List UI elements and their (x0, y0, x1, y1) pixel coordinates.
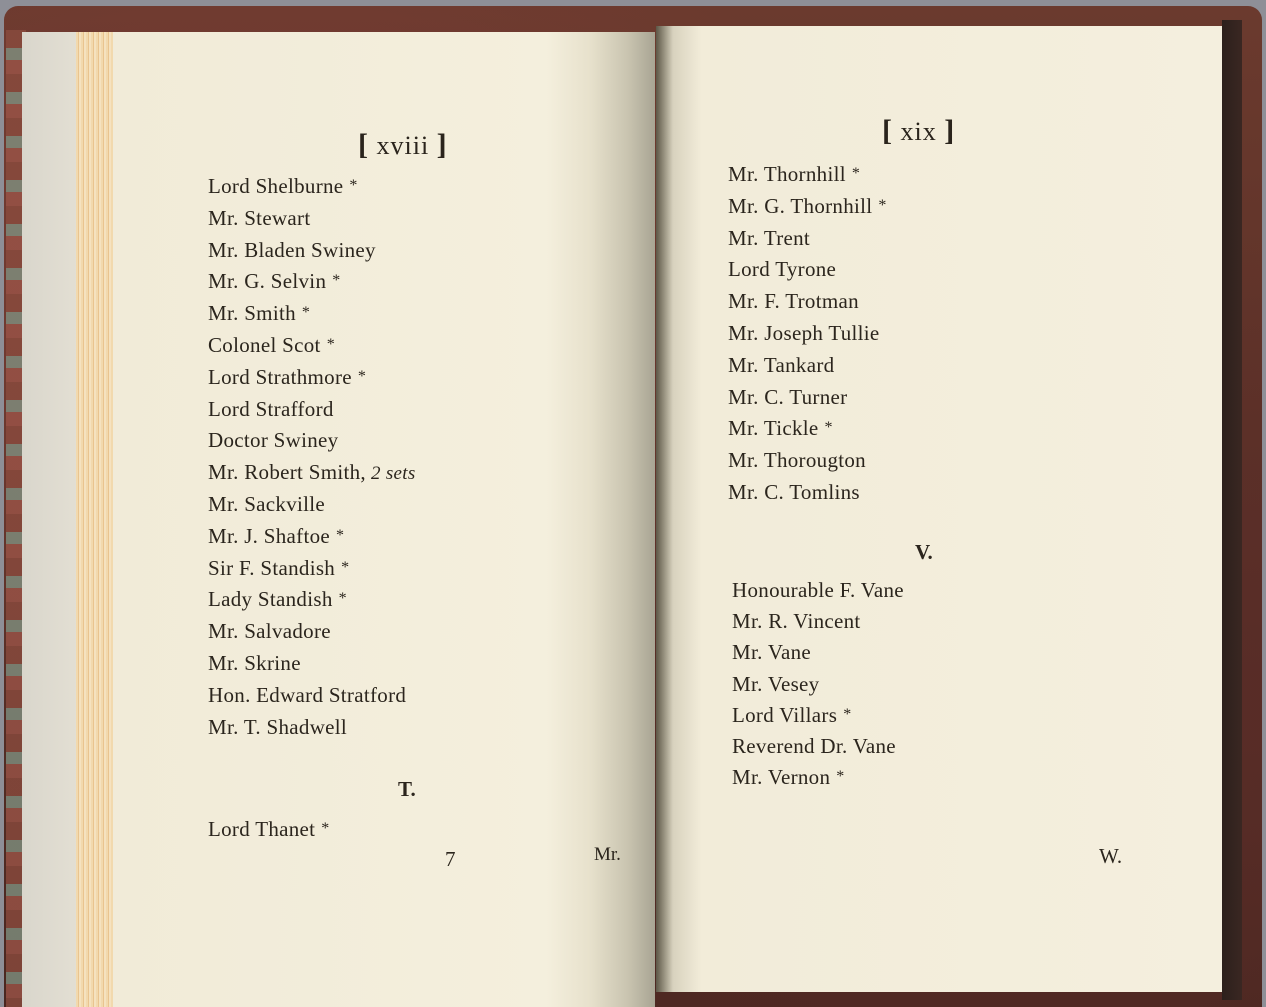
list-item: Doctor Swiney (208, 428, 338, 453)
subscriber-name: Lord Shelburne (208, 174, 343, 198)
list-item: Mr. T. Shadwell (208, 715, 347, 740)
subscriber-name: Colonel Scot (208, 333, 321, 357)
catchword: W. (1099, 844, 1122, 869)
list-item: Mr. C. Turner (728, 385, 847, 410)
subscriber-name: Lord Thanet (208, 817, 315, 841)
section-letter: T. (398, 777, 416, 802)
bracket-open: [ (358, 128, 369, 161)
subscriber-name: Mr. Sackville (208, 492, 325, 516)
subscriber-name: Mr. Bladen Swiney (208, 238, 376, 262)
section-letter: V. (915, 540, 933, 565)
subscriber-name: Hon. Edward Stratford (208, 683, 406, 707)
subscriber-name: Mr. Thornhill (728, 162, 846, 186)
subscriber-name: Honourable F. Vane (732, 578, 904, 602)
list-item: Honourable F. Vane (732, 578, 904, 603)
subscriber-name: Mr. Tankard (728, 353, 834, 377)
asterisk-icon: * (327, 336, 335, 353)
list-item: Mr. Tickle* (728, 416, 833, 441)
list-item: Lord Thanet* (208, 817, 330, 842)
asterisk-icon: * (878, 197, 886, 214)
asterisk-icon: * (341, 559, 349, 576)
list-item: Mr. Salvadore (208, 619, 331, 644)
list-item: Mr. Skrine (208, 651, 301, 676)
list-item: Mr. Vernon* (732, 765, 845, 790)
list-item: Lord Strafford (208, 397, 334, 422)
subscriber-name: Mr. G. Selvin (208, 269, 326, 293)
subscriber-name: Mr. Smith (208, 301, 296, 325)
subscriber-name: Mr. T. Shadwell (208, 715, 347, 739)
list-item: Mr. R. Vincent (732, 609, 861, 634)
list-item: Mr. G. Thornhill* (728, 194, 887, 219)
cover-right-edge (1222, 20, 1242, 1000)
list-item: Mr. Tankard (728, 353, 834, 378)
bracket-close: ] (944, 114, 955, 147)
catchword: Mr. (594, 844, 621, 866)
list-item: Mr. Stewart (208, 206, 310, 231)
asterisk-icon: * (302, 304, 310, 321)
list-item: Mr. G. Selvin* (208, 269, 341, 294)
list-item: Mr. J. Shaftoe* (208, 524, 344, 549)
list-item: Colonel Scot* (208, 333, 335, 358)
subscriber-name: Lord Villars (732, 703, 837, 727)
subscriber-name: Mr. Trent (728, 226, 810, 250)
page-edges (76, 32, 115, 1007)
asterisk-icon: * (852, 165, 860, 182)
page-number: xviii (377, 131, 430, 160)
subscriber-name: Lord Strathmore (208, 365, 352, 389)
list-item: Mr. Trent (728, 226, 810, 251)
bracket-open: [ (882, 114, 893, 147)
endpaper (22, 32, 78, 1007)
list-item: Mr. Smith* (208, 301, 310, 326)
list-item: Mr. Vane (732, 640, 811, 665)
list-item: Hon. Edward Stratford (208, 683, 406, 708)
subscriber-name: Mr. F. Trotman (728, 289, 859, 313)
subscriber-name: Mr. Tickle (728, 416, 819, 440)
subscriber-name: Mr. J. Shaftoe (208, 524, 330, 548)
signature-mark: 7 (445, 847, 456, 872)
list-item: Mr. F. Trotman (728, 289, 859, 314)
subscriber-name: Lord Tyrone (728, 257, 836, 281)
subscriber-name: Mr. C. Tomlins (728, 480, 860, 504)
subscriber-name: Mr. Thorougton (728, 448, 866, 472)
asterisk-icon: * (358, 368, 366, 385)
subscriber-name: Mr. Vesey (732, 672, 819, 696)
subscriber-name: Mr. Stewart (208, 206, 310, 230)
subscriber-name: Mr. R. Vincent (732, 609, 861, 633)
list-item: Sir F. Standish* (208, 556, 349, 581)
right-page: [ xix ] Mr. Thornhill*Mr. G. Thornhill*M… (656, 26, 1222, 992)
list-item: Mr. Thorougton (728, 448, 866, 473)
page-number: xix (901, 117, 937, 146)
asterisk-icon: * (336, 527, 344, 544)
list-item: Mr. Robert Smith, 2 sets (208, 460, 416, 485)
asterisk-icon: * (332, 272, 340, 289)
list-item: Lord Shelburne* (208, 174, 358, 199)
subscriber-name: Lord Strafford (208, 397, 334, 421)
subscriber-name: Sir F. Standish (208, 556, 335, 580)
list-item: Mr. Thornhill* (728, 162, 860, 187)
asterisk-icon: * (825, 419, 833, 436)
asterisk-icon: * (339, 590, 347, 607)
asterisk-icon: * (836, 768, 844, 785)
list-item: Lord Tyrone (728, 257, 836, 282)
list-item: Mr. Sackville (208, 492, 325, 517)
subscriber-name: Mr. Joseph Tullie (728, 321, 880, 345)
page-number-header: [ xix ] (882, 114, 955, 148)
asterisk-icon: * (349, 177, 357, 194)
subscriber-name: Mr. Vane (732, 640, 811, 664)
subscriber-name: Lady Standish (208, 587, 333, 611)
subscriber-note: 2 sets (366, 463, 416, 484)
bracket-close: ] (437, 128, 448, 161)
asterisk-icon: * (321, 820, 329, 837)
subscriber-name: Mr. Robert Smith, (208, 460, 366, 484)
subscriber-name: Mr. C. Turner (728, 385, 847, 409)
left-page: [ xviii ] Lord Shelburne*Mr. StewartMr. … (113, 32, 655, 1007)
list-item: Mr. Vesey (732, 672, 819, 697)
subscriber-name: Mr. Salvadore (208, 619, 331, 643)
list-item: Mr. Bladen Swiney (208, 238, 376, 263)
list-item: Lord Villars* (732, 703, 852, 728)
list-item: Lady Standish* (208, 587, 347, 612)
subscriber-name: Mr. Vernon (732, 765, 830, 789)
page-number-header: [ xviii ] (358, 128, 448, 162)
subscriber-name: Mr. Skrine (208, 651, 301, 675)
asterisk-icon: * (843, 706, 851, 723)
subscriber-name: Mr. G. Thornhill (728, 194, 872, 218)
list-item: Mr. C. Tomlins (728, 480, 860, 505)
list-item: Lord Strathmore* (208, 365, 366, 390)
list-item: Mr. Joseph Tullie (728, 321, 880, 346)
subscriber-name: Doctor Swiney (208, 428, 338, 452)
list-item: Reverend Dr. Vane (732, 734, 896, 759)
subscriber-name: Reverend Dr. Vane (732, 734, 896, 758)
